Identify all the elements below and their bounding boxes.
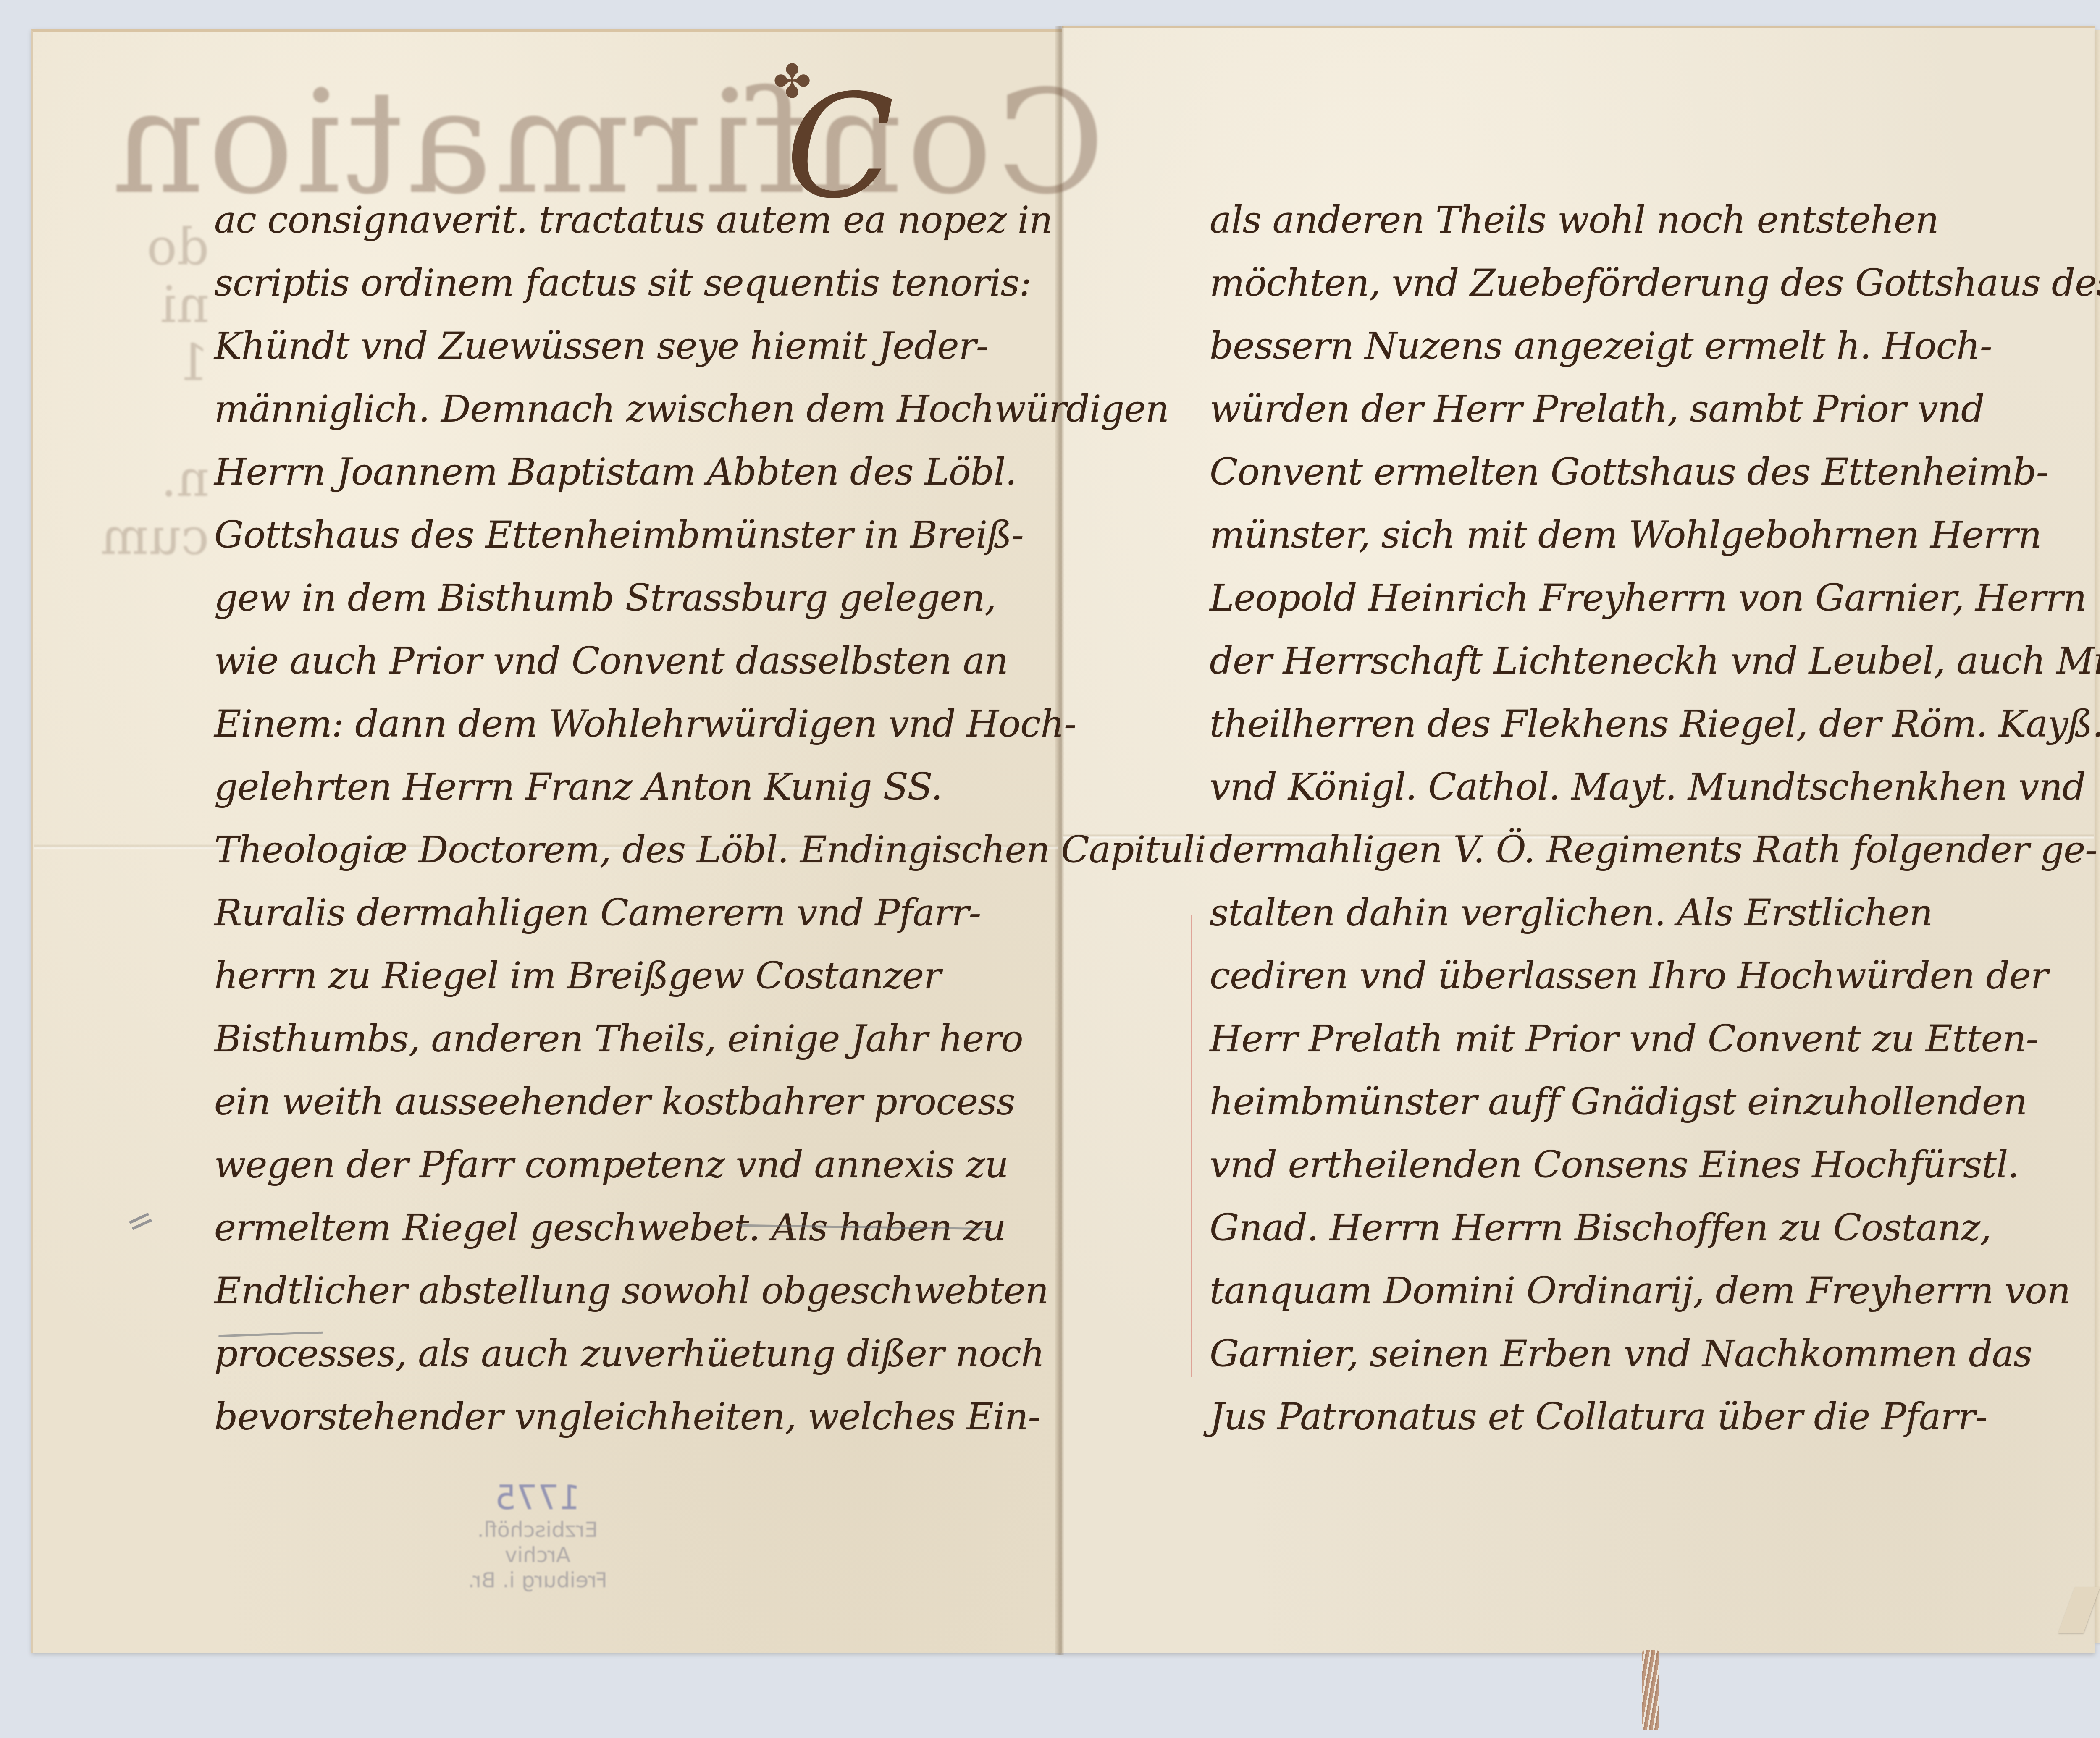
manuscript-line: gew in dem Bisthumb Strassburg gelegen, xyxy=(214,579,996,616)
manuscript-line: Bisthumbs, anderen Theils, einige Jahr h… xyxy=(214,1020,1023,1057)
archive-number: 1775 xyxy=(454,1478,622,1517)
manuscript-line: wegen der Pfarr competenz vnd annexis zu xyxy=(214,1146,1008,1183)
manuscript-line: Leopold Heinrich Freyherrn von Garnier, … xyxy=(1210,579,2087,616)
archive-name-line1: Erzbischöfl. Archiv xyxy=(454,1517,622,1568)
manuscript-line: Einem: dann dem Wohlehrwürdigen vnd Hoch… xyxy=(214,705,1076,742)
manuscript-line: bessern Nuzens angezeigt ermelt h. Hoch- xyxy=(1210,328,1992,364)
manuscript-line: Theologiæ Doctorem, des Löbl. Endingisch… xyxy=(214,831,1206,868)
manuscript-line: möchten, vnd Zuebeförderung des Gottshau… xyxy=(1210,265,2100,301)
manuscript-line: tanquam Domini Ordinarij, dem Freyherrn … xyxy=(1210,1272,2070,1309)
manuscript-line: scriptis ordinem factus sit sequentis te… xyxy=(214,265,1031,301)
manuscript-line: Convent ermelten Gottshaus des Ettenheim… xyxy=(1210,454,2048,490)
manuscript-line: der Herrschaft Lichteneckh vnd Leubel, a… xyxy=(1210,642,2100,679)
manuscript-line: gelehrten Herrn Franz Anton Kunig SS. xyxy=(214,768,942,805)
manuscript-line: Jus Patronatus et Collatura über die Pfa… xyxy=(1210,1398,1987,1435)
manuscript-line: Garnier, seinen Erben vnd Nachkommen das xyxy=(1210,1335,2032,1372)
manuscript-line: Herr Prelath mit Prior vnd Convent zu Et… xyxy=(1210,1020,2038,1057)
manuscript-line: Endtlicher abstellung sowohl obgeschwebt… xyxy=(214,1272,1048,1309)
manuscript-line: männiglich. Demnach zwischen dem Hochwür… xyxy=(214,391,1169,427)
manuscript-line: würden der Herr Prelath, sambt Prior vnd xyxy=(1210,391,1984,427)
manuscript-line: ein weith ausseehender kostbahrer proces… xyxy=(214,1083,1015,1120)
archive-stamp-show-through: 1775 Erzbischöfl. Archiv Freiburg i. Br. xyxy=(454,1478,622,1593)
manuscript-line: heimbmünster auff Gnädigst einzuhollende… xyxy=(1210,1083,2027,1120)
show-through-margin-text: do ni 1 n. cum xyxy=(101,218,209,566)
binding-thread xyxy=(1642,1650,1659,1730)
manuscript-line: processes, als auch zuverhüetung dißer n… xyxy=(214,1335,1044,1372)
manuscript-line: cediren vnd überlassen Ihro Hochwürden d… xyxy=(1210,957,2048,994)
manuscript-line: herrn zu Riegel im Breißgew Costanzer xyxy=(214,957,941,994)
manuscript-line: wie auch Prior vnd Convent dasselbsten a… xyxy=(214,642,1008,679)
manuscript-line: Gottshaus des Ettenheimbmünster in Breiß… xyxy=(214,516,1024,553)
manuscript-line: bevorstehender vngleichheiten, welches E… xyxy=(214,1398,1040,1435)
manuscript-line: ac consignaverit. tractatus autem ea nop… xyxy=(214,202,1053,239)
manuscript-line: Herrn Joannem Baptistam Abbten des Löbl. xyxy=(214,454,1016,490)
manuscript-line: stalten dahin verglichen. Als Erstlichen xyxy=(1210,894,1932,931)
manuscript-line: Ruralis dermahligen Camerern vnd Pfarr- xyxy=(214,894,981,931)
manuscript-line: theilherren des Flekhens Riegel, der Röm… xyxy=(1210,705,2100,742)
manuscript-line: vnd ertheilenden Consens Eines Hochfürst… xyxy=(1210,1146,2019,1183)
manuscript-line: dermahligen V. Ö. Regiments Rath folgend… xyxy=(1210,831,2097,868)
manuscript-line: Gnad. Herrn Herrn Bischoffen zu Costanz, xyxy=(1210,1209,1991,1246)
manuscript-line: münster, sich mit dem Wohlgebohrnen Herr… xyxy=(1210,516,2042,553)
left-page-text: ac consignaverit. tractatus autem ea nop… xyxy=(214,0,1037,1680)
manuscript-line: vnd Königl. Cathol. Mayt. Mundtschenkhen… xyxy=(1210,768,2085,805)
archive-name-line2: Freiburg i. Br. xyxy=(454,1568,622,1593)
manuscript-line: als anderen Theils wohl noch entstehen xyxy=(1210,202,1939,239)
right-page-text: als anderen Theils wohl noch entstehen m… xyxy=(1210,0,2071,1680)
red-margin-rule xyxy=(1191,915,1192,1377)
manuscript-line: Khündt vnd Zuewüssen seye hiemit Jeder- xyxy=(214,328,988,364)
